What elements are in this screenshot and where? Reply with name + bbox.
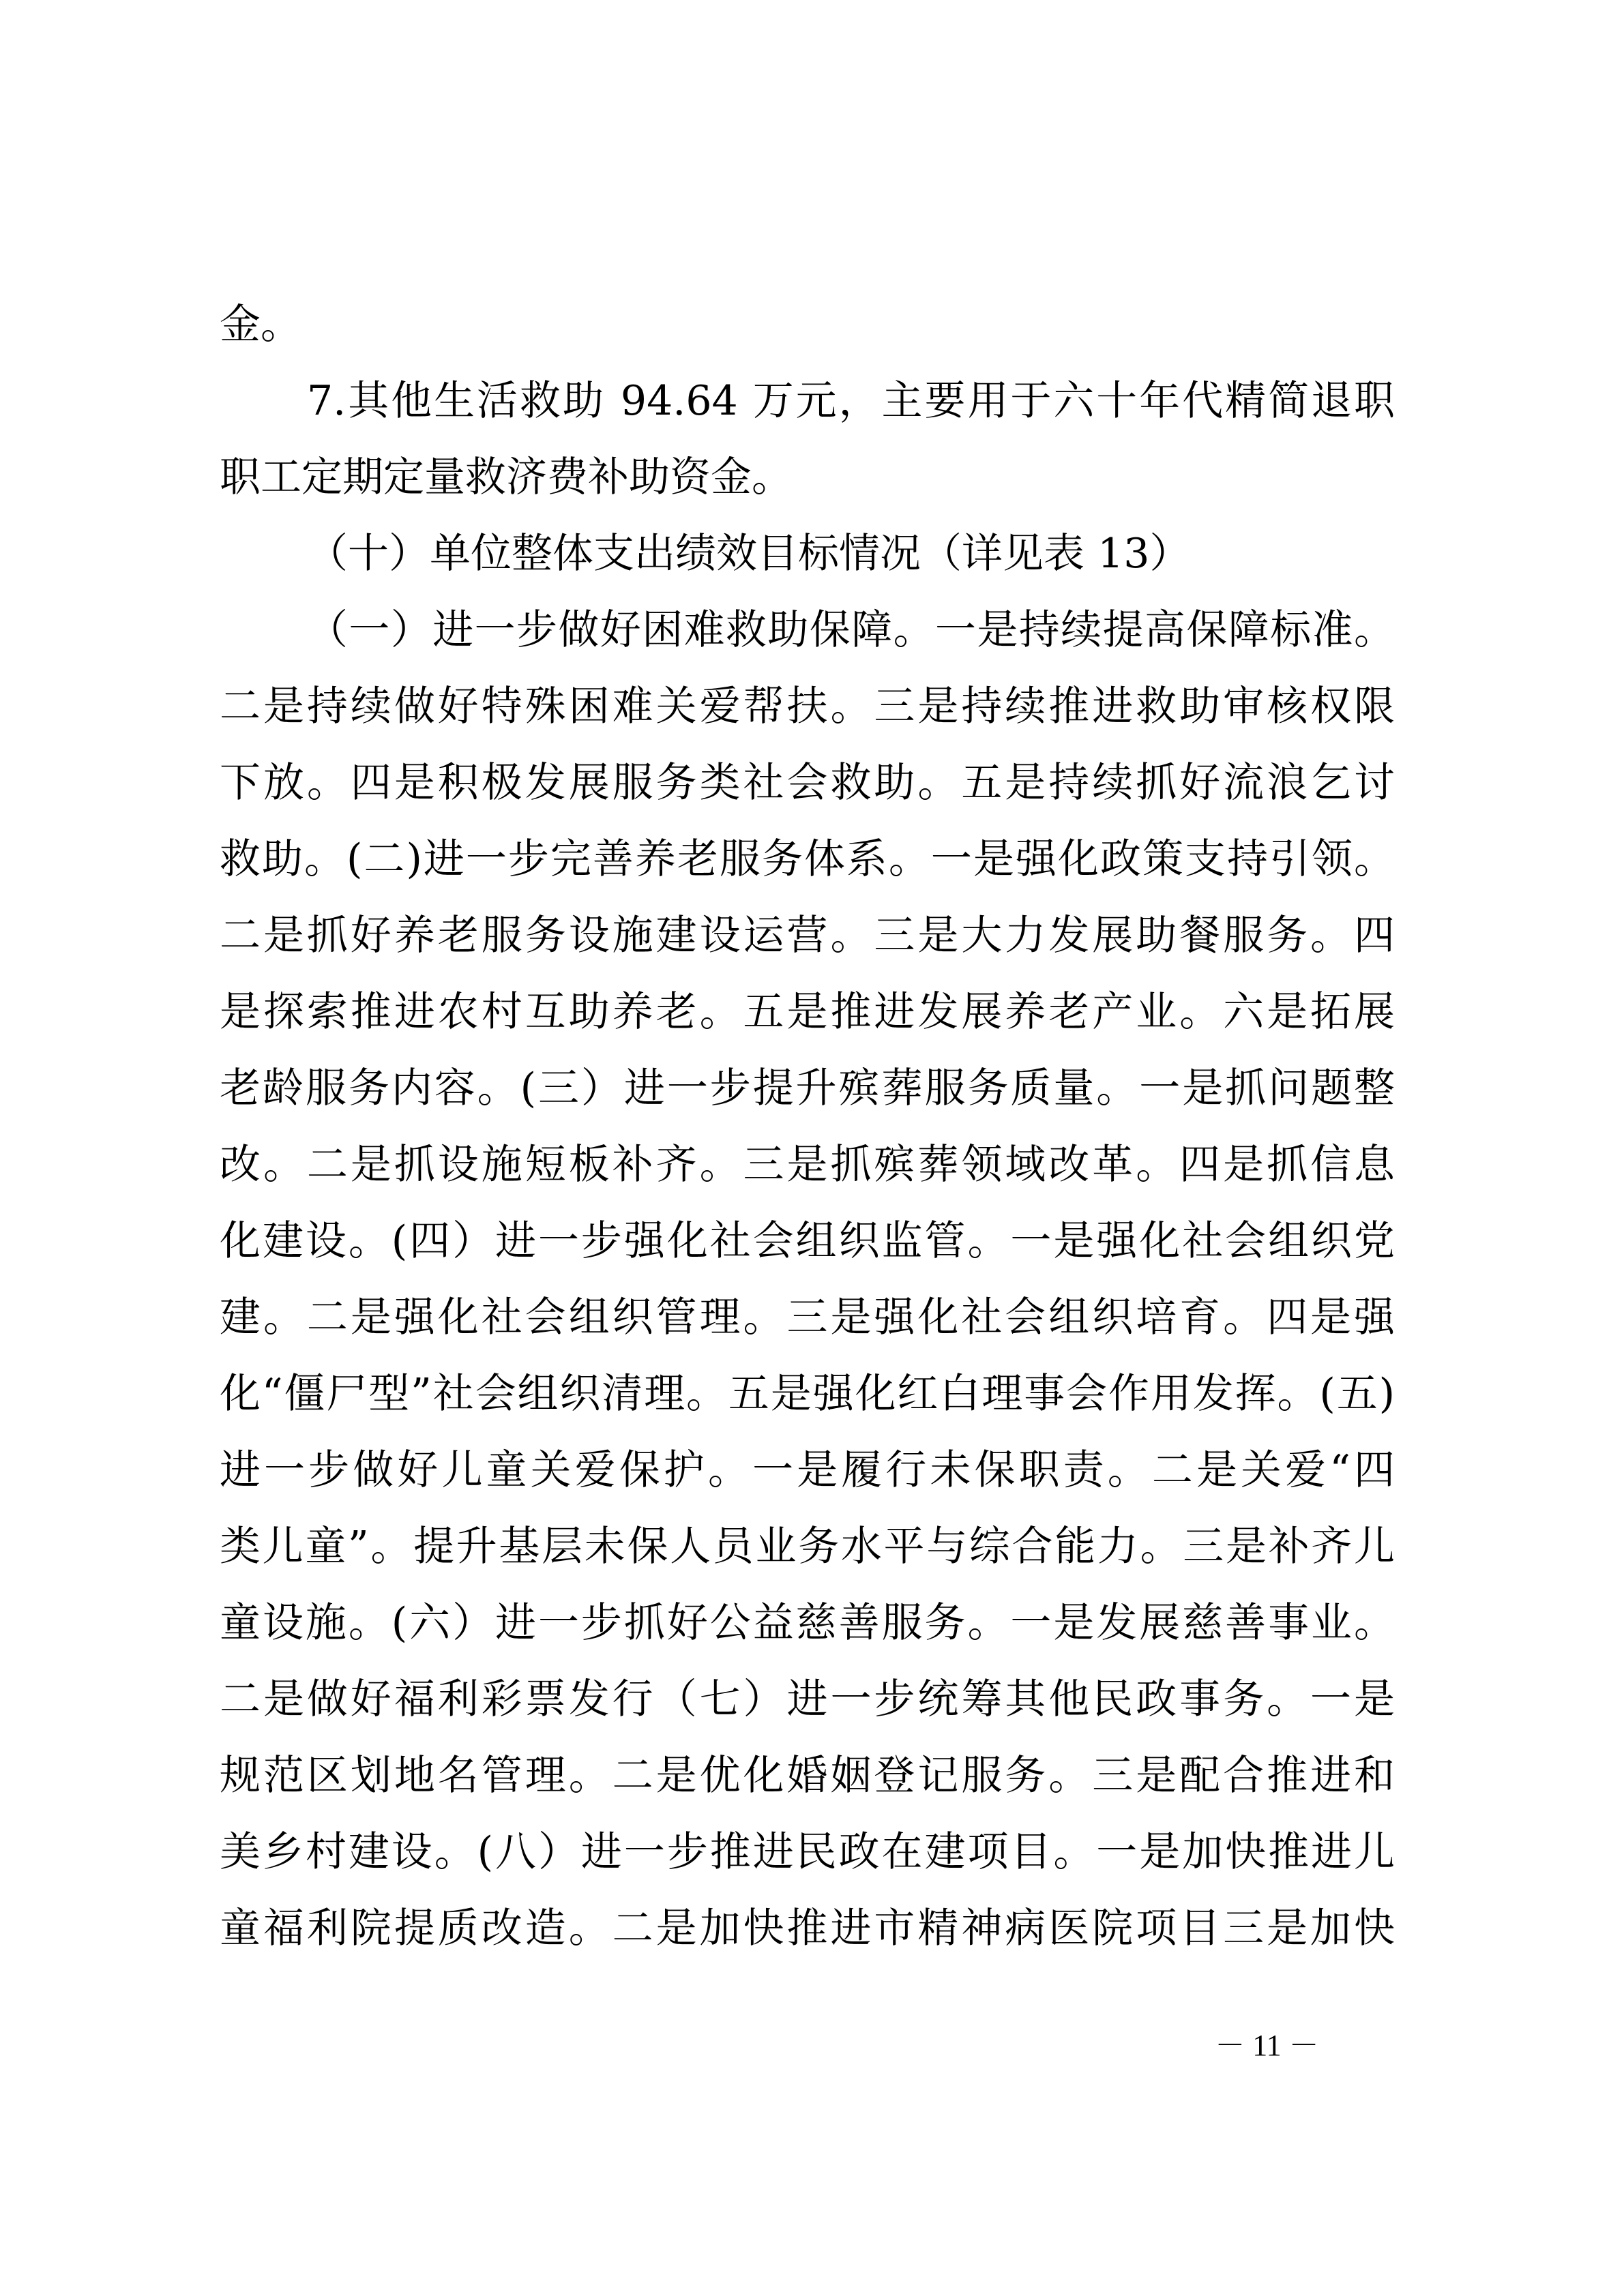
text-line: 救助。(二)进一步完善养老服务体系。一是强化政策支持引领。 [220, 821, 1395, 897]
text-line: 二是抓好养老服务设施建设运营。三是大力发展助餐服务。四 [220, 897, 1395, 974]
text-line: 二是持续做好特殊困难关爱帮扶。三是持续推进救助审核权限 [220, 668, 1395, 745]
text-line: 建。二是强化社会组织管理。三是强化社会组织培育。四是强 [220, 1279, 1395, 1356]
text-line: 规范区划地名管理。二是优化婚姻登记服务。三是配合推进和 [220, 1738, 1395, 1814]
text-line: 童设施。(六）进一步抓好公益慈善服务。一是发展慈善事业。 [220, 1585, 1395, 1661]
text-line: 化建设。(四）进一步强化社会组织监管。一是强化社会组织党 [220, 1203, 1395, 1279]
text-line: （一）进一步做好困难救助保障。一是持续提高保障标准。 [220, 592, 1395, 668]
text-line: 职工定期定量救济费补助资金。 [220, 439, 1395, 516]
text-line: 7.其他生活救助 94.64 万元，主要用于六十年代精简退职 [220, 363, 1395, 439]
text-line: 二是做好福利彩票发行（七）进一步统筹其他民政事务。一是 [220, 1661, 1395, 1738]
text-line: 老龄服务内容。(三）进一步提升殡葬服务质量。一是抓问题整 [220, 1050, 1395, 1127]
section-heading: （十）单位整体支出绩效目标情况（详见表 13） [220, 516, 1395, 592]
text-line: 化“僵尸型”社会组织清理。五是强化红白理事会作用发挥。(五) [220, 1356, 1395, 1432]
text-line: 进一步做好儿童关爱保护。一是履行未保职责。二是关爱“四 [220, 1432, 1395, 1508]
body-text: 金。 7.其他生活救助 94.64 万元，主要用于六十年代精简退职 职工定期定量… [220, 286, 1395, 1967]
text-line: 童福利院提质改造。二是加快推进市精神病医院项目三是加快 [220, 1890, 1395, 1967]
text-line: 改。二是抓设施短板补齐。三是抓殡葬领域改革。四是抓信息 [220, 1127, 1395, 1203]
text-line: 是探索推进农村互助养老。五是推进发展养老产业。六是拓展 [220, 974, 1395, 1050]
text-line: 金。 [220, 286, 1395, 363]
page-number: － 11 － [1207, 2027, 1327, 2065]
text-line: 类儿童”。提升基层未保人员业务水平与综合能力。三是补齐儿 [220, 1508, 1395, 1585]
text-line: 下放。四是积极发展服务类社会救助。五是持续抓好流浪乞讨 [220, 745, 1395, 821]
text-line: 美乡村建设。(八）进一步推进民政在建项目。一是加快推进儿 [220, 1814, 1395, 1890]
document-page: 金。 7.其他生活救助 94.64 万元，主要用于六十年代精简退职 职工定期定量… [0, 0, 1624, 2296]
